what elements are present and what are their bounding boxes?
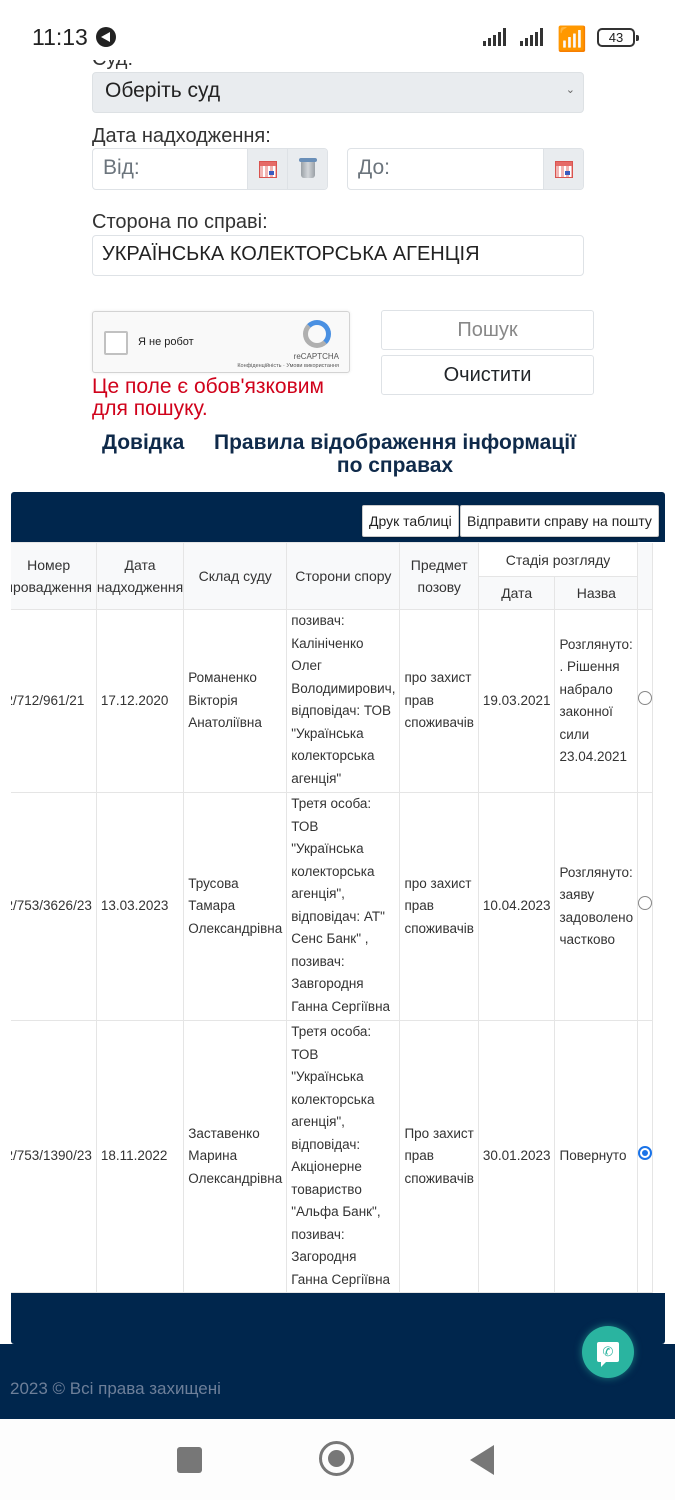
date-from-calendar-button[interactable] (247, 149, 287, 189)
header-case-number: Номерпровадження (11, 543, 96, 610)
table-row[interactable]: )2/712/961/2117.12.2020РоманенкоВікторія… (11, 610, 653, 793)
received-date: 18.11.2022 (96, 1021, 183, 1293)
chevron-down-icon: ⌄ (566, 83, 575, 96)
header-parties: Сторони спору (287, 543, 400, 610)
notification-icon (96, 27, 116, 47)
status-bar: 11:13 📶 43 (0, 0, 675, 60)
row-select-radio[interactable] (638, 896, 652, 910)
date-from-group: Від: (92, 148, 328, 190)
phone-chat-icon: ✆ (597, 1342, 619, 1362)
date-clear-button[interactable] (287, 149, 327, 189)
rules-link[interactable]: Правила відображення інформації по справ… (212, 431, 578, 477)
header-stage: Стадія розгляду (478, 543, 637, 577)
captcha-terms-link[interactable]: Конфіденційність · Умови використання (237, 363, 339, 369)
home-button[interactable] (319, 1441, 354, 1476)
android-nav-bar (0, 1419, 675, 1500)
rules-link-line2: по справах (212, 454, 578, 477)
received-date: 17.12.2020 (96, 610, 183, 793)
wifi-icon: 📶 (557, 25, 587, 54)
select-cell (638, 793, 653, 1021)
parties-cell: Третя особа:ТОВ"Українськаколекторськааг… (287, 793, 400, 1021)
row-select-radio[interactable] (638, 691, 652, 705)
party-input[interactable]: УКРАЇНСЬКА КОЛЕКТОРСЬКА АГЕНЦІЯ (92, 235, 584, 276)
recent-apps-button[interactable] (177, 1447, 202, 1473)
trash-icon (301, 161, 315, 178)
header-received-date: Датанадходження (96, 543, 183, 610)
header-subject: Предметпозову (400, 543, 478, 610)
subject-cell: Про захистправспоживачів (400, 1021, 478, 1293)
case-number: 2/712/961/21 (11, 610, 96, 793)
date-to-input[interactable]: До: (348, 149, 543, 189)
copyright-text: 2023 © Всі права захищені (10, 1379, 221, 1399)
stage-name-cell: Розглянуто:заявузадоволеночастково (555, 793, 638, 1021)
print-table-button[interactable]: Друк таблиці (362, 505, 459, 537)
parties-cell: Третя особа:ТОВ"Українськаколекторськааг… (287, 1021, 400, 1293)
captcha-brand: reCAPTCHA (294, 352, 339, 361)
party-label: Сторона по справі: (92, 211, 268, 234)
recaptcha-logo-icon (303, 320, 331, 348)
back-button[interactable] (470, 1445, 494, 1475)
contact-fab-button[interactable]: ✆ (582, 1326, 634, 1378)
help-link[interactable]: Довідка (102, 431, 184, 454)
send-case-email-button[interactable]: Відправити справу на пошту (460, 505, 659, 537)
received-date: 13.03.2023 (96, 793, 183, 1021)
case-number: 2/753/1390/23 (11, 1021, 96, 1293)
stage-date: 10.04.2023 (478, 793, 555, 1021)
stage-name-cell: Повернуто (555, 1021, 638, 1293)
table-row[interactable]: )2/753/3626/2313.03.2023ТрусоваТамараОле… (11, 793, 653, 1021)
court-select-value: Оберіть суд (105, 79, 220, 102)
subject-cell: про захистправспоживачів (400, 793, 478, 1021)
battery-icon: 43 (597, 28, 635, 47)
case-number: 2/753/3626/23 (11, 793, 96, 1021)
header-stage-name: Назва (555, 577, 638, 610)
calendar-icon (555, 161, 573, 178)
captcha-error-message: Це поле є обов'язковим для пошуку. (92, 376, 362, 420)
row-select-radio[interactable] (638, 1146, 652, 1160)
captcha-checkbox[interactable] (104, 331, 128, 355)
subject-cell: про захистправспоживачів (400, 610, 478, 793)
select-cell (638, 1021, 653, 1293)
page-footer: 2023 © Всі права захищені (0, 1344, 675, 1419)
header-stage-date: Дата (478, 577, 555, 610)
stage-name-cell: Розглянуто:. Рішеннянабралозаконноїсили2… (555, 610, 638, 793)
select-cell (638, 610, 653, 793)
table-row[interactable]: )2/753/1390/2318.11.2022ЗаставенкоМарина… (11, 1021, 653, 1293)
stage-date: 19.03.2021 (478, 610, 555, 793)
calendar-icon (259, 161, 277, 178)
date-from-input[interactable]: Від: (93, 149, 247, 189)
rules-link-line1: Правила відображення інформації (212, 431, 578, 454)
court-select[interactable]: Оберіть суд ⌄ (92, 72, 584, 113)
judges-cell: РоманенкоВікторіяАнатоліївна (184, 610, 287, 793)
signal-icon (483, 28, 506, 46)
clock: 11:13 (32, 24, 88, 51)
date-label: Дата надходження: (92, 125, 271, 148)
recaptcha-widget: Я не робот reCAPTCHA Конфіденційність · … (92, 311, 350, 373)
search-button[interactable]: Пошук (381, 310, 594, 350)
parties-cell: позивач:КалініченкоОлегВолодимирович,від… (287, 610, 400, 793)
date-to-group: До: (347, 148, 584, 190)
clear-button[interactable]: Очистити (381, 355, 594, 395)
judges-cell: ТрусоваТамараОлександрівна (184, 793, 287, 1021)
signal-icon-2 (520, 28, 543, 46)
stage-date: 30.01.2023 (478, 1021, 555, 1293)
results-table-scroll[interactable]: и Номерпровадження Датанадходження Склад… (11, 542, 665, 1293)
header-court-panel: Склад суду (184, 543, 287, 610)
judges-cell: ЗаставенкоМаринаОлександрівна (184, 1021, 287, 1293)
date-to-calendar-button[interactable] (543, 149, 583, 189)
header-select (638, 543, 653, 610)
results-table: и Номерпровадження Датанадходження Склад… (11, 542, 653, 1293)
captcha-label: Я не робот (138, 336, 194, 348)
